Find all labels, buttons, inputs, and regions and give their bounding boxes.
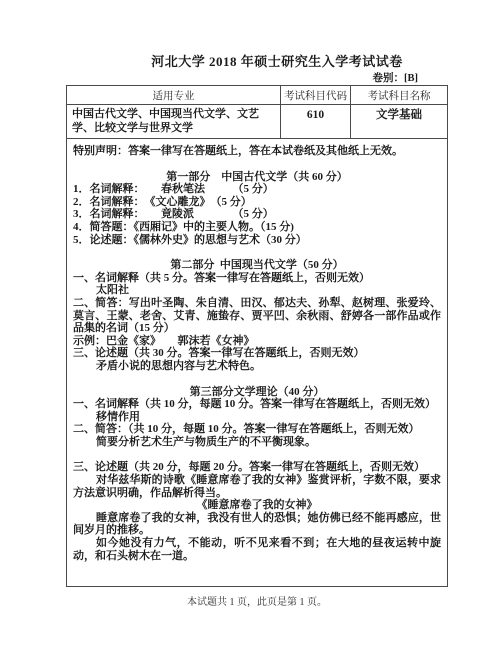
subject-name-cell: 文学基础 bbox=[351, 105, 447, 138]
part3-heading: 第三部分文学理论（40 分） bbox=[73, 386, 441, 399]
part2-q3-topic: 矛盾小说的思想内容与艺术特色。 bbox=[73, 360, 441, 373]
part2-q1-term: 太阳社 bbox=[73, 284, 441, 297]
part3-q1-term: 移情作用 bbox=[73, 411, 441, 424]
part3-q3-label: 三、论述题（共 20 分，每题 20 分。答案一律写在答题纸上，否则无效） bbox=[73, 461, 441, 474]
col-header-subject-code: 考试科目代码 bbox=[281, 86, 351, 105]
exam-paper-page: 河北大学 2018 年硕士研究生入学考试试卷 卷别：[B] 适用专业 考试科目代… bbox=[0, 0, 500, 659]
part1-item-4: 4．简答题：《西厢记》中的主要人物。（15 分) bbox=[73, 221, 441, 234]
exam-title: 河北大学 2018 年硕士研究生入学考试试卷 bbox=[86, 51, 468, 70]
part1-item-1: 1．名词解释： 春秋笔法 （5 分） bbox=[73, 183, 441, 196]
exam-body: 特别声明：答案一律写在答题纸上，答在本试卷纸及其他纸上无效。 第一部分 中国古代… bbox=[67, 139, 447, 562]
part1-item-3: 3．名词解释： 竟陵派 （5 分） bbox=[73, 208, 441, 221]
part2-q3-label: 三、论述题（共 30 分。答案一律写在答题纸上，否则无效） bbox=[73, 347, 441, 360]
col-header-subject-name: 考试科目名称 bbox=[351, 86, 447, 105]
paper-variant-label: 卷别：[B] bbox=[66, 70, 418, 85]
subject-code-cell: 610 bbox=[281, 105, 351, 138]
part2-heading: 第二部分 中国现当代文学（50 分） bbox=[73, 259, 441, 272]
majors-cell: 中国古代文学、中国现当代文学、文艺学、比较文学与世界文学 bbox=[67, 105, 281, 138]
part2-q2-text: 二、简答：写出叶圣陶、朱自清、田汉、郁达夫、孙犁、赵树理、张爱玲、莫言、王蒙、老… bbox=[73, 297, 441, 335]
part3-q2-label: 二、简答：（共 10 分，每题 10 分。答案一律写在答题纸上，否则无效） bbox=[73, 423, 441, 436]
part1-item-2: 2．名词解释： 《文心雕龙》 （5 分） bbox=[73, 196, 441, 209]
page-count-footer: 本试题共 1 页，此页是第 1 页。 bbox=[66, 593, 448, 608]
poem-title: 《睡意席卷了我的女神》 bbox=[73, 499, 441, 512]
part2-q1-label: 一、名词解释（共 5 分。答案一律写在答题纸上，否则无效） bbox=[73, 272, 441, 285]
col-header-majors: 适用专业 bbox=[67, 86, 281, 105]
subject-info-table: 适用专业 考试科目代码 考试科目名称 中国古代文学、中国现当代文学、文艺学、比较… bbox=[67, 86, 447, 139]
part2-q2-example: 示例：巴金《家》 郭沫若《女神》 bbox=[73, 335, 441, 348]
special-declaration: 特别声明：答案一律写在答题纸上，答在本试卷纸及其他纸上无效。 bbox=[73, 145, 441, 158]
poem-stanza-1: 睡意席卷了我的女神，我没有世人的恐惧；她仿佛已经不能再感应，世间岁月的推移。 bbox=[73, 512, 441, 537]
part1-item-5: 5．论述题：《儒林外史》的思想与艺术（30 分） bbox=[73, 234, 441, 247]
part3-q1-label: 一、名词解释（共 10 分，每题 10 分。答案一律写在答题纸上，否则无效） bbox=[73, 398, 441, 411]
exam-content-box: 适用专业 考试科目代码 考试科目名称 中国古代文学、中国现当代文学、文艺学、比较… bbox=[66, 85, 448, 587]
part3-q3-intro: 对华兹华斯的诗歌《睡意席卷了我的女神》鉴赏评析，字数不限，要求方法意识明确，作品… bbox=[73, 474, 441, 499]
part1-heading: 第一部分 中国古代文学（共 60 分） bbox=[73, 171, 441, 184]
poem-stanza-2: 如今她没有力气，不能动，听不见来看不到；在大地的昼夜运转中旋动，和石头树木在一道… bbox=[73, 537, 441, 562]
part3-q2-topic: 简要分析艺术生产与物质生产的不平衡现象。 bbox=[73, 436, 441, 449]
